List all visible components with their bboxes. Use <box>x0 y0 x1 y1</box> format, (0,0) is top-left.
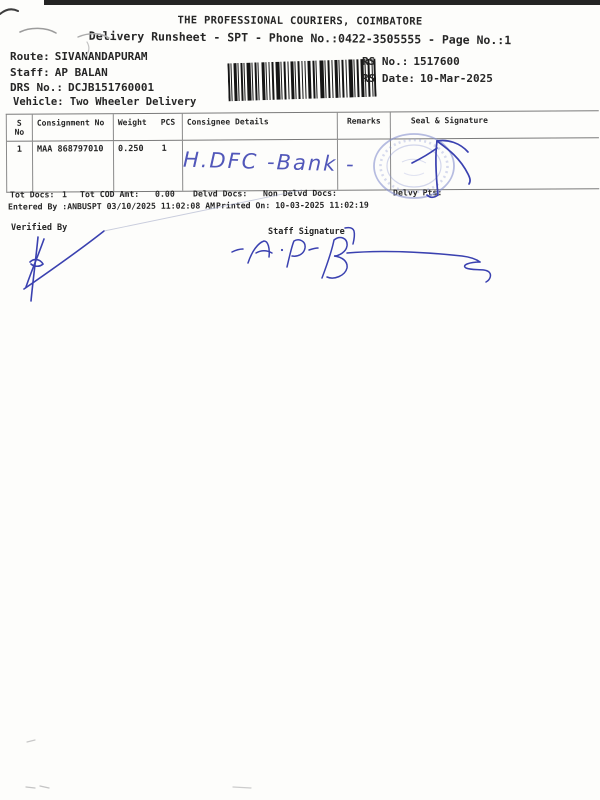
cell-weight-pcs: 0.250 1 <box>114 141 183 191</box>
delvd-docs-label: Delvd Docs: <box>193 188 247 198</box>
meta-block: Route:SIVANANDAPURAM Staff:AP BALAN DRS … <box>10 49 154 96</box>
barcode <box>227 59 376 102</box>
printed-on-text: Printed On: 10-03-2025 11:02:19 <box>216 200 369 211</box>
drs-line: DRS No.:DCJB151760001 <box>10 80 154 96</box>
scanned-delivery-runsheet: THE PROFESSIONAL COURIERS, COIMBATORE De… <box>0 0 600 800</box>
tot-cod-value: 0.00 <box>155 189 175 199</box>
drs-label: DRS No.: <box>10 81 63 94</box>
staff-signature-label: Staff Signature <box>268 227 345 237</box>
delvy-pts-label: Delvy Pts: <box>393 187 442 197</box>
staff-value: AP BALAN <box>55 66 108 79</box>
rs-no-line: RS No.:1517600 <box>362 54 493 71</box>
header-consignment-no: Consignment No <box>33 114 114 141</box>
scanner-edge-artifact <box>44 0 600 5</box>
tot-docs-label: Tot Docs: <box>10 189 54 199</box>
runsheet-subtitle: Delivery Runsheet - SPT - Phone No.:0422… <box>0 28 600 48</box>
staff-line: Staff:AP BALAN <box>10 65 154 81</box>
header-weight-pcs: Weight PCS <box>114 114 183 141</box>
verified-by-label: Verified By <box>11 223 67 233</box>
route-line: Route:SIVANANDAPURAM <box>10 49 154 65</box>
cell-seal-signature <box>391 138 599 189</box>
cell-weight: 0.250 <box>118 144 144 188</box>
vehicle-label: Vehicle: <box>13 96 64 108</box>
entered-by-text: Entered By :ANBUSPT 03/10/2025 11:02:08 … <box>8 200 215 211</box>
rs-no-value: 1517600 <box>413 55 459 68</box>
tot-cod-label: Tot COD Amt: <box>80 189 139 199</box>
vehicle-value: Two Wheeler Delivery <box>70 96 196 108</box>
rs-date-value: 10-Mar-2025 <box>420 72 493 85</box>
cell-pcs: 1 <box>162 144 167 188</box>
header-weight: Weight <box>118 118 147 136</box>
rs-date-label: RS Date: <box>362 72 415 85</box>
header-consignee-details: Consignee Details <box>183 113 338 141</box>
rs-block: RS No.:1517600 RS Date:10-Mar-2025 <box>362 54 493 87</box>
non-delvd-docs-label: Non Delvd Docs: <box>263 188 337 198</box>
header-pcs: PCS <box>161 118 176 136</box>
verified-by-signature <box>24 231 104 301</box>
drs-value: DCJB151760001 <box>68 81 154 94</box>
cell-s-no: 1 <box>7 142 33 192</box>
header-seal-signature: Seal & Signature <box>391 111 599 139</box>
rs-date-line: RS Date:10-Mar-2025 <box>362 71 493 88</box>
rs-no-label: RS No.: <box>362 55 408 68</box>
header-s-no: S No <box>7 115 33 142</box>
handwritten-consignee-note: H.DFC -Bank - <box>183 148 356 177</box>
vehicle-line: Vehicle: Two Wheeler Delivery <box>13 96 196 108</box>
staff-label: Staff: <box>10 66 50 79</box>
route-label: Route: <box>10 50 50 63</box>
header-remarks: Remarks <box>338 112 391 139</box>
cell-consignment-no: MAA 868797010 <box>33 141 114 191</box>
route-value: SIVANANDAPURAM <box>55 50 148 63</box>
tot-docs-value: 1 <box>62 189 67 199</box>
company-title: THE PROFESSIONAL COURIERS, COIMBATORE <box>0 13 600 28</box>
table-header-row: S No Consignment No Weight PCS Consignee… <box>7 111 599 142</box>
